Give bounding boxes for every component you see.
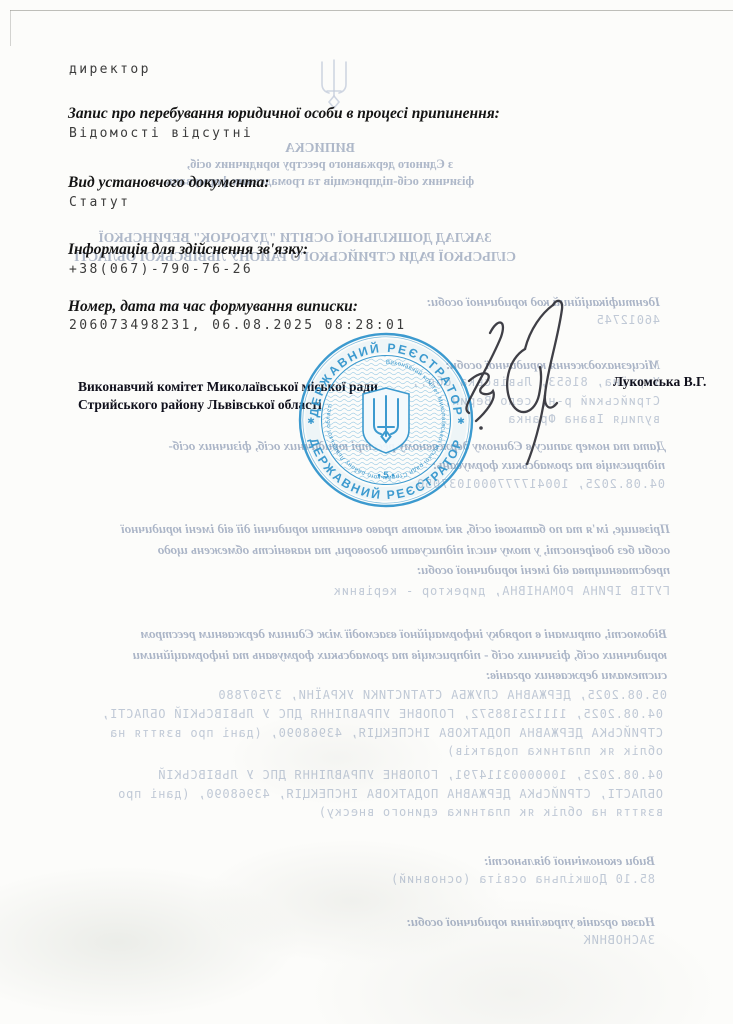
founding-doc-value: Статут: [69, 195, 130, 210]
registrar-name: Лукомська В.Г.: [613, 374, 706, 390]
bleed-interop-label: Відомості, отримані в порядку інформацій…: [45, 624, 667, 686]
extract-number-label: Номер, дата та час формування виписки:: [68, 298, 358, 316]
bleed-tax-record-1: 04.08.2025, 111125188572, ГОЛОВНЕ УПРАВЛ…: [55, 705, 663, 761]
founding-doc-label: Вид установчого документа:: [68, 174, 269, 192]
stamp-star-left-icon: ✱: [307, 416, 315, 426]
scanned-document-page: ВИПИСКА з Єдиного державного реєстру юри…: [0, 0, 733, 1024]
termination-value: Відомості відсутні: [69, 126, 253, 141]
bleed-governance-value: ЗАСНОВНИК: [375, 931, 655, 950]
handwritten-signature: [430, 291, 580, 469]
contact-value: +38(067)-790-76-26: [69, 262, 253, 277]
bleed-interop-value: 05.08.2025, ДЕРЖАВНА СЛУЖБА СТАТИСТИКИ У…: [45, 686, 667, 705]
bleed-title: ВИПИСКА: [20, 139, 620, 157]
bleed-tax-record-2: 04.08.2025, 10000003114791, ГОЛОВНЕ УПРА…: [55, 766, 663, 822]
director-line: директор: [69, 62, 151, 77]
bleed-activities-value: 85.10 Дошкільна освіта (основний): [375, 870, 655, 889]
stamp-number: • 5 •: [377, 470, 395, 481]
scan-edge-line-left: [10, 10, 11, 46]
bleed-trident-watermark-icon: [314, 58, 354, 110]
bleed-activities-label: Види економічної діяльності:: [375, 851, 655, 872]
bleed-persons-value: ГУТІВ ІРИНА РОМАНІВНА, директор - керівн…: [25, 582, 670, 601]
termination-label: Запис про перебування юридичної особи в …: [68, 105, 500, 123]
bleed-governance-label: Назва органів управління юридичної особи…: [375, 912, 655, 933]
contact-label: Інформація для здійснення зв'язку:: [68, 241, 308, 259]
bleed-persons-label: Прізвище, ім'я та по батькові осіб, які …: [25, 519, 670, 581]
scan-edge-line-top: [10, 10, 733, 11]
